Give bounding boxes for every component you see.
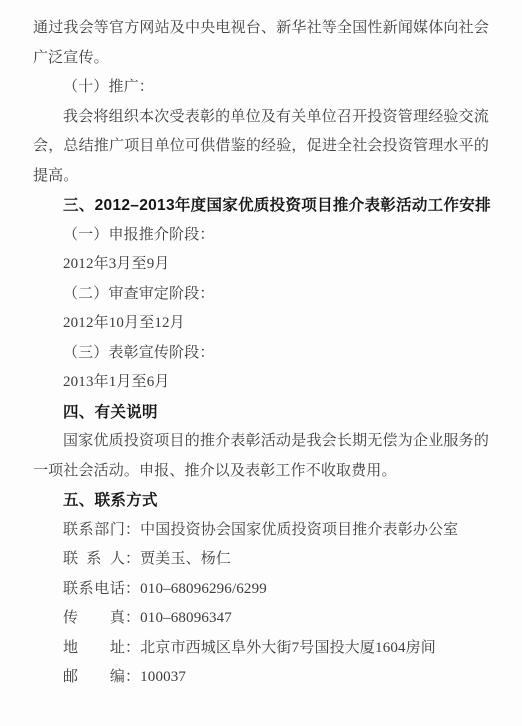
contact-row: 联系人：贾美玉、杨仁 bbox=[33, 545, 489, 575]
contact-value: 贾美玉、杨仁 bbox=[140, 551, 231, 567]
paragraph: 2013年1月至6月 bbox=[33, 368, 489, 398]
paragraph: 2012年10月至12月 bbox=[33, 309, 489, 339]
colon-separator: ： bbox=[125, 663, 140, 693]
section-heading: 三、2012–2013年度国家优质投资项目推介表彰活动工作安排 bbox=[33, 191, 489, 221]
contact-label: 地址 bbox=[63, 634, 125, 664]
contact-value: 北京市西城区阜外大街7号国投大厦1604房间 bbox=[140, 640, 436, 656]
paragraph: 通过我会等官方网站及中央电视台、新华社等全国性新闻媒体向社会广泛宣传。 bbox=[33, 14, 489, 73]
colon-separator: ： bbox=[125, 604, 140, 634]
paragraph: （二）审查审定阶段： bbox=[33, 280, 489, 310]
colon-separator: ： bbox=[125, 516, 140, 546]
section-heading: 五、联系方式 bbox=[33, 486, 489, 516]
contact-row: 传真：010–68096347 bbox=[33, 604, 489, 634]
contact-value: 010–68096296/6299 bbox=[140, 581, 267, 597]
contact-row: 联系电话：010–68096296/6299 bbox=[33, 575, 489, 605]
contact-label: 传真 bbox=[63, 604, 125, 634]
contact-row: 联系部门：中国投资协会国家优质投资项目推介表彰办公室 bbox=[33, 516, 489, 546]
paragraph: 我会将组织本次受表彰的单位及有关单位召开投资管理经验交流会，总结推广项目单位可供… bbox=[33, 103, 489, 192]
paragraph: （一）申报推介阶段： bbox=[33, 221, 489, 251]
contact-label: 联系电话 bbox=[63, 575, 125, 605]
contact-value: 中国投资协会国家优质投资项目推介表彰办公室 bbox=[140, 522, 458, 538]
colon-separator: ： bbox=[125, 575, 140, 605]
contact-value: 100037 bbox=[140, 669, 186, 685]
contact-label: 邮编 bbox=[63, 663, 125, 693]
paragraph: 国家优质投资项目的推介表彰活动是我会长期无偿为企业服务的一项社会活动。申报、推介… bbox=[33, 427, 489, 486]
colon-separator: ： bbox=[125, 634, 140, 664]
paragraph: （十）推广： bbox=[33, 73, 489, 103]
contact-value: 010–68096347 bbox=[140, 610, 232, 626]
paragraph: （三）表彰宣传阶段： bbox=[33, 339, 489, 369]
paragraph: 2012年3月至9月 bbox=[33, 250, 489, 280]
contact-label: 联系部门 bbox=[63, 516, 125, 546]
section-heading: 四、有关说明 bbox=[33, 398, 489, 428]
contact-label: 联系人 bbox=[63, 545, 125, 575]
document-page: 通过我会等官方网站及中央电视台、新华社等全国性新闻媒体向社会广泛宣传。（十）推广… bbox=[0, 0, 522, 726]
contact-row: 邮编：100037 bbox=[33, 663, 489, 693]
contact-row: 地址：北京市西城区阜外大街7号国投大厦1604房间 bbox=[33, 634, 489, 664]
colon-separator: ： bbox=[125, 545, 140, 575]
